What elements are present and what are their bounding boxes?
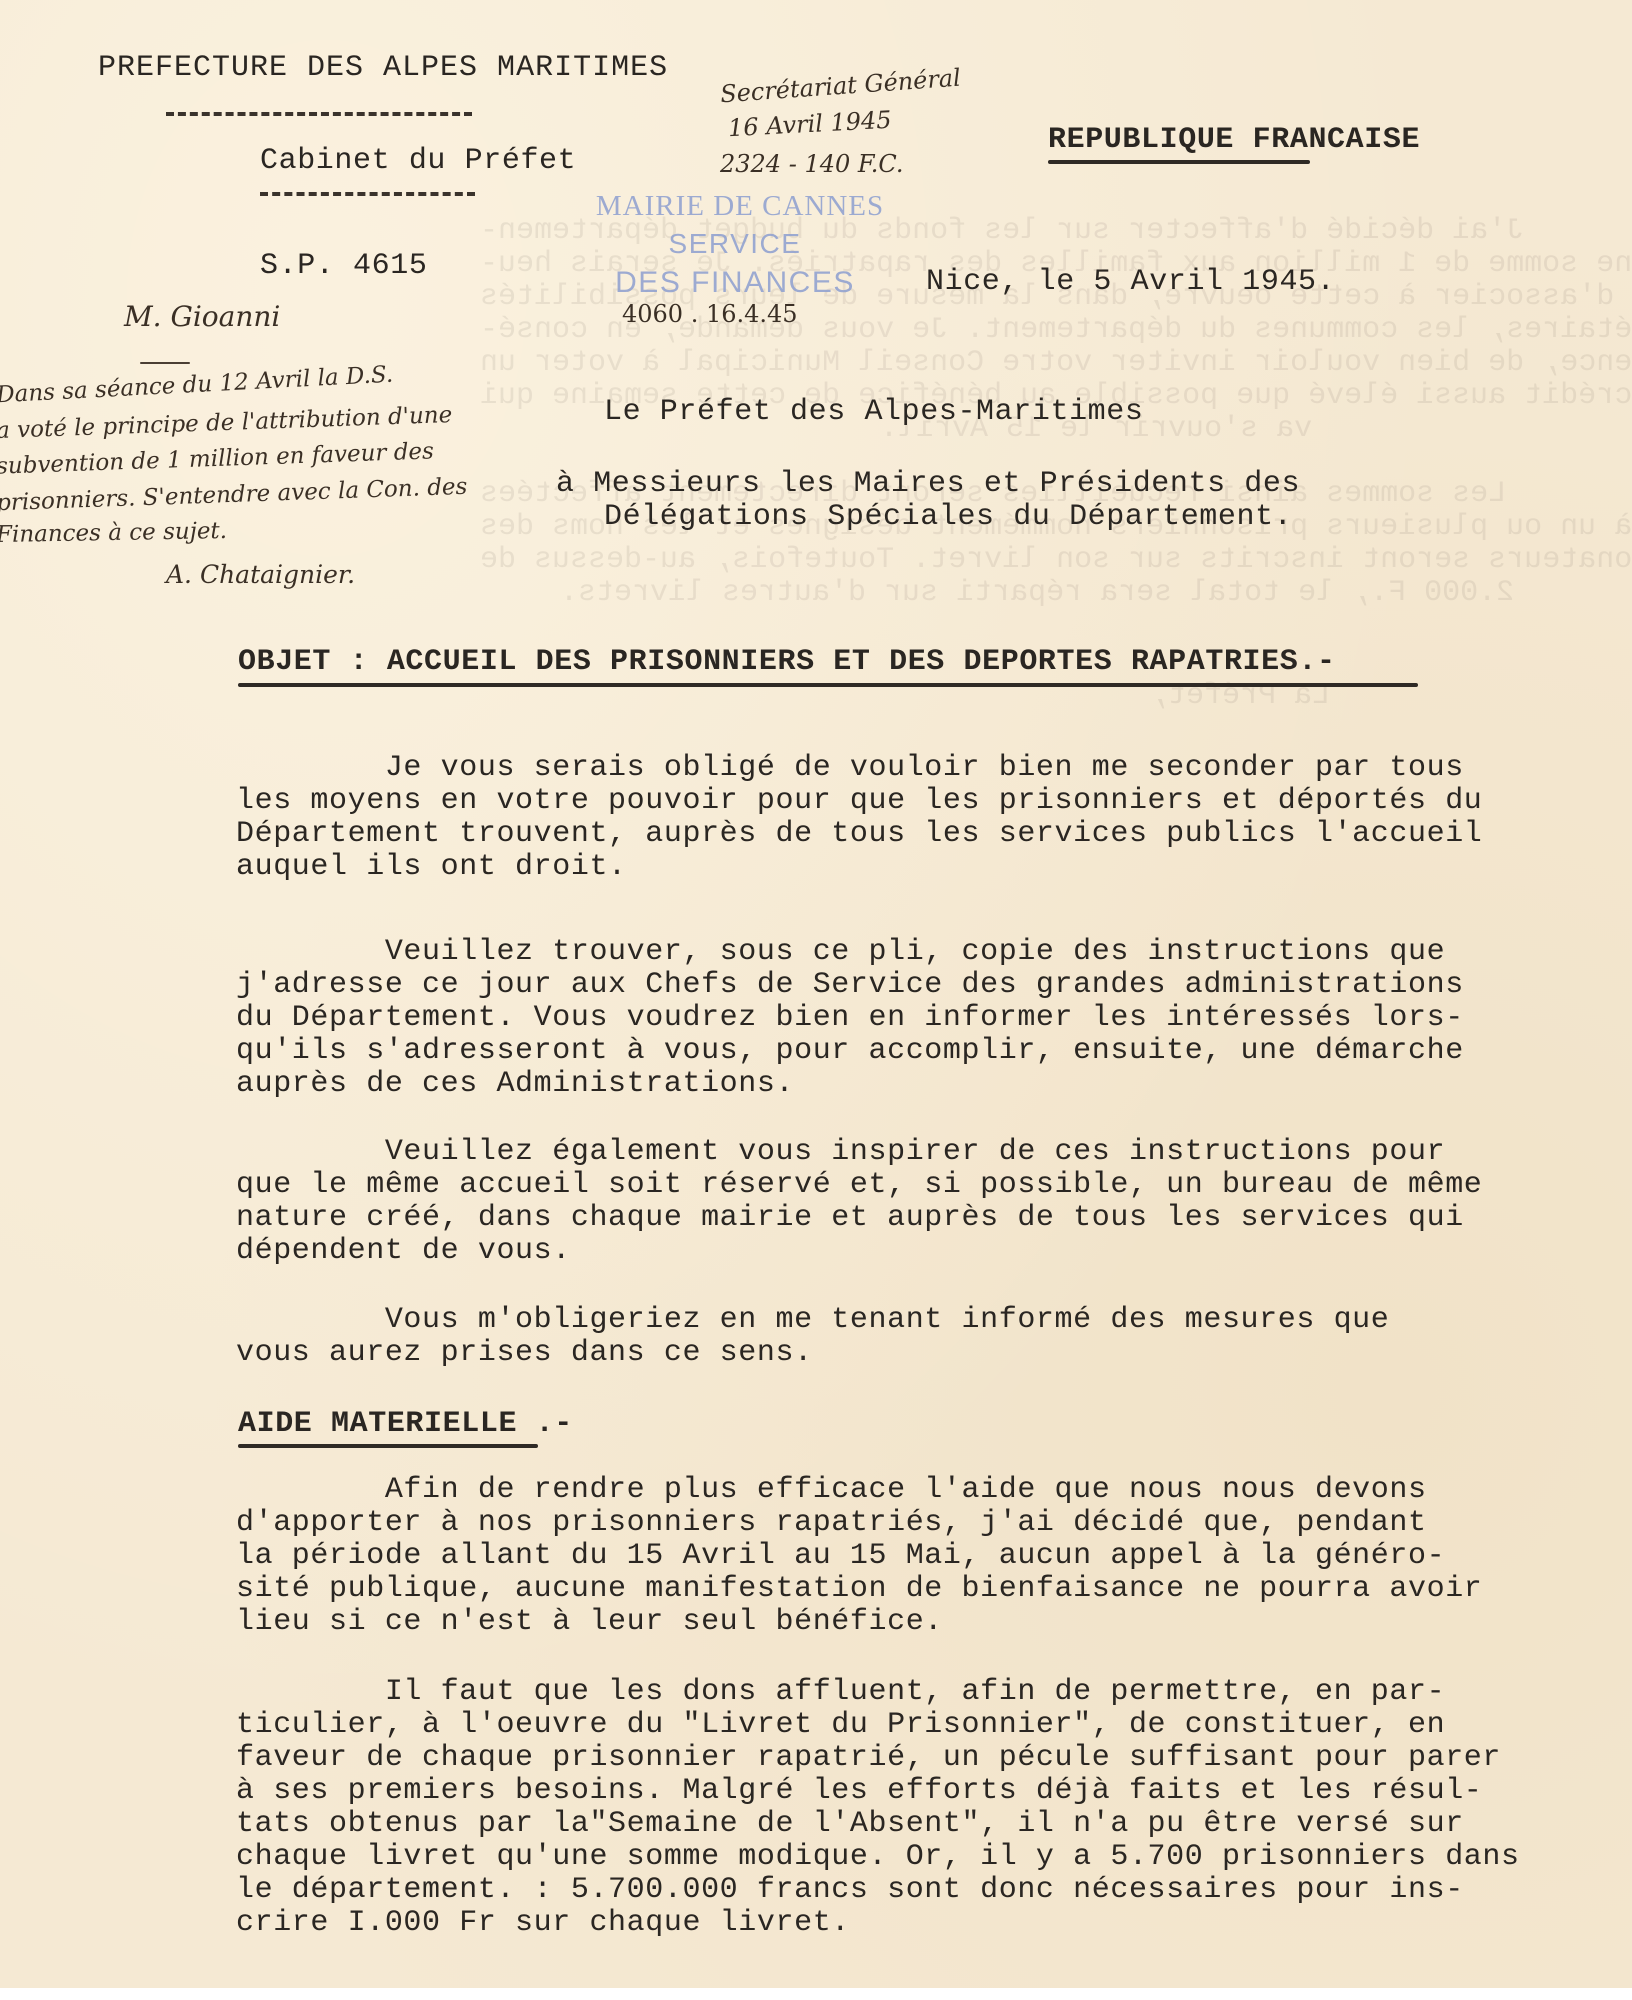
body-line: j'adresse ce jour aux Chefs de Service d… <box>236 969 1596 1002</box>
registration-note-line1: Secrétariat Général <box>719 64 961 109</box>
body-line: d'apporter à nos prisonniers rapatriés, … <box>236 1507 1596 1540</box>
body-paragraph-1: Je vous serais obligé de vouloir bien me… <box>236 752 1596 884</box>
bleed-line: donateurs seront inscrits sur son livret… <box>480 544 1632 577</box>
body-line: à ses premiers besoins. Malgré les effor… <box>236 1775 1596 1808</box>
recipient-line1: à Messieurs les Maires et Présidents des <box>556 468 1300 501</box>
letterhead-divider <box>166 112 472 116</box>
handwritten-recipient: M. Gioanni <box>124 300 280 333</box>
body-line: la période allant du 15 Avril au 15 Mai,… <box>236 1540 1596 1573</box>
body-line: Il faut que les dons affluent, afin de p… <box>236 1676 1596 1709</box>
body-line: qu'ils s'adresseront à vous, pour accomp… <box>236 1035 1596 1068</box>
body-line: Vous m'obligeriez en me tenant informé d… <box>236 1304 1596 1337</box>
body-line: Veuillez également vous inspirer de ces … <box>236 1136 1596 1169</box>
section-paragraph-1: Afin de rendre plus efficace l'aide que … <box>236 1474 1596 1639</box>
body-paragraph-2: Veuillez trouver, sous ce pli, copie des… <box>236 936 1596 1101</box>
bleed-line: quence, de bien vouloir inviter votre Co… <box>480 347 1632 380</box>
body-line: auquel ils ont droit. <box>236 851 1596 884</box>
section-heading-underline <box>238 1444 538 1448</box>
bleed-line: 2.000 F., le total sera réparti sur d'au… <box>560 577 1514 610</box>
section-paragraph-2: Il faut que les dons affluent, afin de p… <box>236 1676 1596 1940</box>
body-line: faveur de chaque prisonnier rapatrié, un… <box>236 1742 1596 1775</box>
body-line: lieu si ce n'est à leur seul bénéfice. <box>236 1606 1596 1639</box>
body-line: Département trouvent, auprès de tous les… <box>236 818 1596 851</box>
body-line: les moyens en votre pouvoir pour que les… <box>236 785 1596 818</box>
body-line: Je vous serais obligé de vouloir bien me… <box>236 752 1596 785</box>
document-page: J'ai décidé d'affecter sur les fonds du … <box>0 0 1632 1988</box>
body-line: vous aurez prises dans ce sens. <box>236 1337 1596 1370</box>
body-line: que le même accueil soit réservé et, si … <box>236 1169 1596 1202</box>
stamp-line-finances: DES FINANCES <box>580 266 890 300</box>
registration-note-line3: 2324 - 140 F.C. <box>720 150 904 178</box>
subject-underline <box>238 683 1418 687</box>
republic-underline <box>1048 160 1310 164</box>
margin-note-line: prisonniers. S'entendre avec la Con. des <box>0 474 468 516</box>
body-line: ticulier, à l'oeuvre du "Livret du Priso… <box>236 1709 1596 1742</box>
body-line: tats obtenus par la"Semaine de l'Absent"… <box>236 1808 1596 1841</box>
cabinet-divider <box>260 192 475 196</box>
cabinet-title: Cabinet du Préfet <box>260 145 576 178</box>
margin-signature: A. Chataignier. <box>166 560 355 589</box>
recipient-line2: Délégations Spéciales du Département. <box>604 501 1292 534</box>
body-line: nature créé, dans chaque mairie et auprè… <box>236 1202 1596 1235</box>
section-heading: AIDE MATERIELLE .- <box>238 1408 573 1441</box>
republic-header: REPUBLIQUE FRANCAISE <box>1048 124 1420 157</box>
body-line: dépendent de vous. <box>236 1235 1596 1268</box>
body-line: du Département. Vous voudrez bien en inf… <box>236 1002 1596 1035</box>
stamp-number: 4060 . 16.4.45 <box>622 300 798 328</box>
stamp-line-mairie: MAIRIE DE CANNES <box>580 190 900 223</box>
body-line: Veuillez trouver, sous ce pli, copie des… <box>236 936 1596 969</box>
subject-line: OBJET : ACCUEIL DES PRISONNIERS ET DES D… <box>238 646 1336 679</box>
body-paragraph-4: Vous m'obligeriez en me tenant informé d… <box>236 1304 1596 1370</box>
body-paragraph-3: Veuillez également vous inspirer de ces … <box>236 1136 1596 1268</box>
place-date: Nice, le 5 Avril 1945. <box>926 266 1335 299</box>
body-line: chaque livret qu'une somme modique. Or, … <box>236 1841 1596 1874</box>
body-line: sité publique, aucune manifestation de b… <box>236 1573 1596 1606</box>
prefecture-title: PREFECTURE DES ALPES MARITIMES <box>98 52 668 85</box>
body-line: le département. : 5.700.000 francs sont … <box>236 1874 1596 1907</box>
body-line: Afin de rendre plus efficace l'aide que … <box>236 1474 1596 1507</box>
margin-note-line: a voté le principe de l'attribution d'un… <box>0 402 453 444</box>
handwritten-underline <box>140 362 190 364</box>
body-line: crire I.000 Fr sur chaque livret. <box>236 1907 1596 1940</box>
stamp-line-service: SERVICE <box>580 228 890 260</box>
body-line: auprès de ces Administrations. <box>236 1068 1596 1101</box>
reference-number: S.P. 4615 <box>260 250 427 283</box>
margin-note-line: Dans sa séance du 12 Avril la D.S. <box>0 362 394 409</box>
registration-note-line2: 16 Avril 1945 <box>727 106 892 143</box>
sender: Le Préfet des Alpes-Maritimes <box>604 396 1144 429</box>
margin-note-line: subvention de 1 million en faveur des <box>0 438 434 479</box>
margin-note-line: Finances à ce sujet. <box>0 518 227 548</box>
